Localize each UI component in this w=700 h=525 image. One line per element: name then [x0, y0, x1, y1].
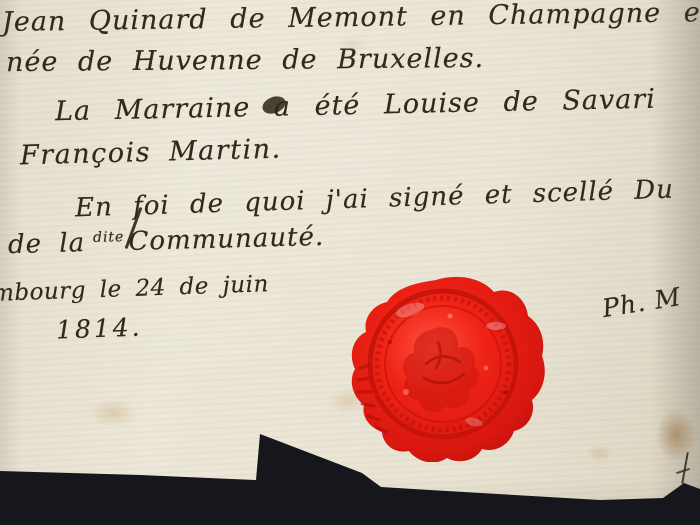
- handwritten-line-4: François Martin.: [20, 134, 282, 172]
- wax-seal: [346, 272, 546, 462]
- community-line-suffix: Communauté.: [128, 222, 324, 257]
- handwritten-line-3: La Marraine a été Louise de Savari: [55, 84, 656, 128]
- handwritten-line-5: En foi de quoi j'ai signé et scellé Du: [75, 175, 675, 224]
- paper-stain: [78, 392, 148, 434]
- wax-dark-speck: [504, 390, 508, 394]
- community-line-prefix: de la: [8, 228, 86, 260]
- handwritten-line-6: de laditeCommunauté.: [8, 222, 325, 260]
- dateline-place: mbourg le 24 de juin: [0, 271, 269, 307]
- dateline-year: 1814.: [56, 312, 144, 344]
- paper-stain: [580, 440, 620, 466]
- wax-dark-speck: [388, 340, 392, 344]
- community-line-superscript: dite: [93, 229, 125, 246]
- paper-stain: [648, 398, 700, 472]
- photo-background: Jean Quinard de Memont en Champagne et n…: [0, 0, 700, 525]
- document-paper: Jean Quinard de Memont en Champagne et n…: [0, 0, 700, 525]
- wax-gloss-dot: [484, 366, 489, 371]
- wax-highlight: [486, 322, 506, 330]
- signature: Ph. M: [600, 282, 683, 323]
- handwritten-line-1: Jean Quinard de Memont en Champagne et: [2, 0, 700, 38]
- wax-gloss-dot: [403, 389, 409, 395]
- wax-gloss-dot: [448, 314, 453, 319]
- handwritten-line-2: née de Huvenne de Bruxelles.: [6, 43, 484, 78]
